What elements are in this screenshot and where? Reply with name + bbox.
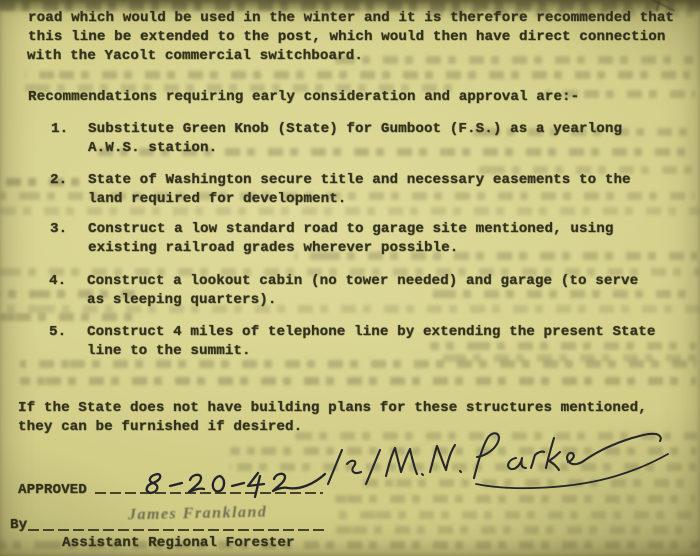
item-text-line: State of Washington secure title and nec…	[88, 171, 631, 190]
signature-handwriting	[316, 406, 696, 506]
bleedthrough-line	[0, 313, 145, 321]
closing-line: they can be furnished if desired.	[18, 418, 302, 437]
item-number: 5.	[49, 323, 66, 342]
bleedthrough-line	[20, 377, 696, 385]
item-number: 4.	[49, 272, 66, 291]
bleedthrough-line	[335, 56, 693, 64]
item-text-line: land required for development.	[88, 190, 346, 209]
item-text-line: A.W.S. station.	[88, 139, 217, 158]
intro-line: road which would be used in the winter a…	[28, 9, 674, 28]
item-text-line: Construct a lookout cabin (no tower need…	[87, 272, 638, 291]
bleedthrough-line	[430, 290, 696, 298]
item-text-line: Construct 4 miles of telephone line by e…	[87, 323, 656, 342]
item-text-line: line to the summit.	[87, 342, 251, 361]
bleedthrough-line	[20, 360, 696, 368]
intro-line: this line be extended to the post, which…	[28, 28, 665, 47]
item-number: 1.	[51, 120, 68, 139]
bleedthrough-line	[335, 511, 695, 519]
by-name-handwritten: James Frankland	[128, 504, 268, 525]
item-text-line: as sleeping quarters).	[87, 291, 277, 310]
by-label: By	[10, 516, 27, 535]
item-text-line: Construct a low standard road to garage …	[88, 220, 613, 239]
item-number: 3.	[50, 220, 67, 239]
recommendations-heading: Recommendations requiring early consider…	[28, 88, 579, 107]
item-number: 2.	[50, 171, 67, 190]
intro-line: with the Yacolt commercial switchboard.	[27, 47, 363, 66]
item-text-line: Substitute Green Knob (State) for Gumboo…	[88, 120, 622, 139]
by-title: Assistant Regional Forester	[62, 534, 295, 553]
handwritten-date	[128, 466, 338, 500]
bleedthrough-line	[25, 71, 690, 79]
scanned-document: road which would be used in the winter a…	[0, 0, 700, 556]
bleedthrough-line	[335, 526, 695, 534]
bleedthrough-line	[430, 342, 696, 350]
bleedthrough-line	[0, 178, 86, 186]
approved-label: APPROVED	[18, 481, 87, 500]
item-text-line: existing railroad grades wherever possib…	[88, 239, 458, 258]
by-signature-line	[28, 529, 326, 531]
